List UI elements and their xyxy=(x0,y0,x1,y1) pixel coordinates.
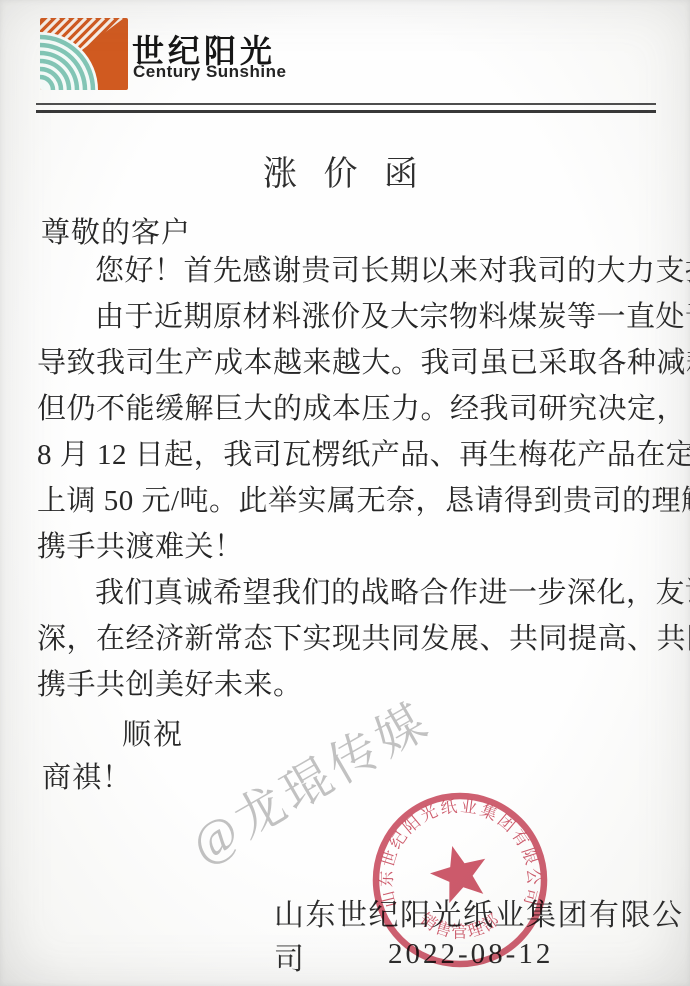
body-line: 但仍不能缓解巨大的成本压力。经我司研究决定，自 2022 年 xyxy=(37,386,659,432)
company-logo-icon xyxy=(40,18,128,90)
body-line: 您好！首先感谢贵司长期以来对我司的大力支持与帮助！ xyxy=(37,248,659,294)
company-seal: 山东世纪阳光纸业集团有限公司 销售管理部 xyxy=(369,789,551,971)
body-line: 我们真诚希望我们的战略合作进一步深化，友谊不断加 xyxy=(37,570,659,616)
closing-wish: 顺祝 xyxy=(122,712,184,753)
body-line: 携手共渡难关！ xyxy=(37,524,659,570)
star-icon xyxy=(430,846,485,903)
salutation: 尊敬的客户 xyxy=(41,210,191,251)
body-line: 导致我司生产成本越来越大。我司虽已采取各种减耗措施， xyxy=(37,340,659,386)
body-line: 上调 50 元/吨。此举实属无奈，恳请得到贵司的理解与支持， xyxy=(37,478,659,524)
body-line: 由于近期原材料涨价及大宗物料煤炭等一直处于高位， xyxy=(37,294,659,340)
body-line: 携手共创美好未来。 xyxy=(37,662,659,708)
letterhead-divider xyxy=(36,103,656,113)
body-line: 深，在经济新常态下实现共同发展、共同提高、共同进步， xyxy=(37,616,659,662)
seal-arc-text: 山东世纪阳光纸业集团有限公司 xyxy=(377,796,544,909)
closing-salute: 商祺！ xyxy=(42,755,132,796)
letter-title: 涨 价 函 xyxy=(0,146,690,195)
seal-dept-text: 销售管理部 xyxy=(416,909,503,941)
letter-page: 世纪阳光 Century Sunshine 涨 价 函 尊敬的客户 您好！首先感… xyxy=(0,0,690,986)
body-line: 8 月 12 日起，我司瓦楞纸产品、再生梅花产品在定价基础上 xyxy=(37,432,659,478)
logo-company-name-en: Century Sunshine xyxy=(133,62,286,82)
letter-body: 您好！首先感谢贵司长期以来对我司的大力支持与帮助！ 由于近期原材料涨价及大宗物料… xyxy=(37,248,659,708)
